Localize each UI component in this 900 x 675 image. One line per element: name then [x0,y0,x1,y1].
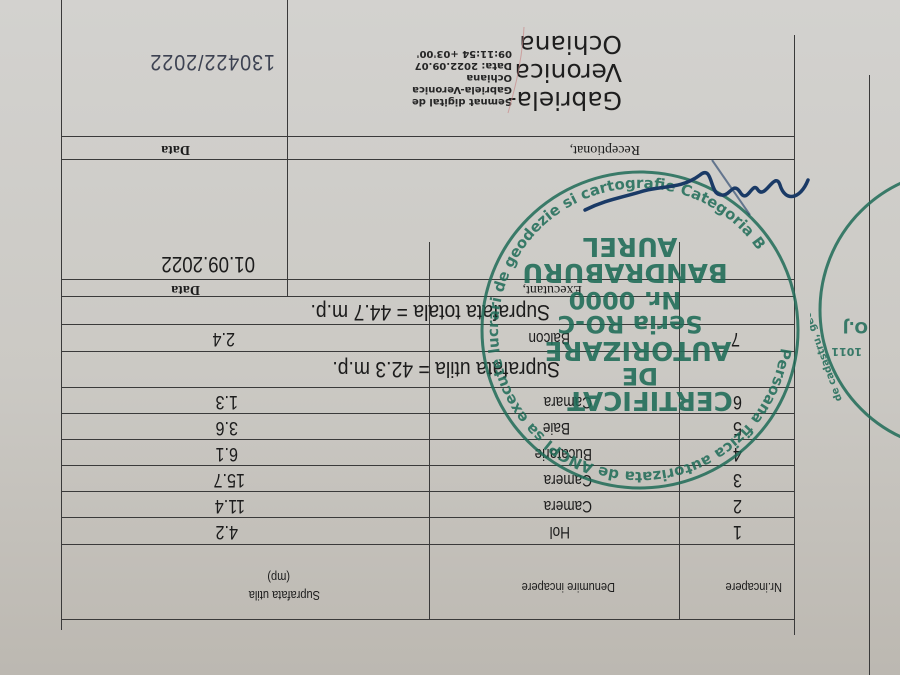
table-right-border [61,0,62,630]
room-area: 15.7 [214,468,245,490]
red-pen-mark [500,25,530,115]
signature-detail-1: Semnat digital de [372,95,512,107]
executant-label: Executant, [523,281,582,297]
room-name: Bucatarie [535,444,592,464]
row-line [62,517,795,518]
room-nr: 5 [733,416,742,438]
row-line [62,491,795,492]
room-area: 6.1 [216,442,238,464]
header-area: Suprafata utila [249,588,320,603]
column-divider-1 [679,242,680,620]
document-sheet: Nr.incapere Denumire incapere Suprafata … [0,0,900,675]
room-nr: 2 [733,494,742,516]
partial-stamp-year: 1011 [831,345,862,358]
row-line [62,279,795,280]
row-line [62,465,795,466]
row-line [62,439,795,440]
stamp-line-de: DE [622,362,658,390]
room-area: 11.4 [215,494,245,516]
signer-name-2: Veronica [515,58,622,87]
header-area-unit: (mp) [267,570,290,585]
registration-number: 130422/2022 [149,49,275,75]
balcony-area: 2.4 [213,327,235,349]
stamp-line-autorizare: AUTORIZARE [545,335,732,365]
room-nr: 4 [733,442,742,464]
signature-detail-3: Ochiana [372,71,512,83]
signature-detail-4: Data: 2022.09.07 [372,59,512,71]
row-line [62,159,795,160]
header-nr: Nr.incapere [725,580,782,595]
room-area: 3.6 [216,416,238,438]
table-left-border [794,35,795,635]
total-area: Suprafata totala = 44.7 m.p. [311,299,550,325]
room-nr: 1 [733,520,742,542]
partial-stamp-oj: O.J [843,318,868,337]
room-name: Camera [544,470,592,490]
stamp-line-nr: Nr. 0000 [569,286,682,314]
room-name: Camara [544,392,592,412]
room-area: 1.3 [216,390,238,412]
balcony-nr: 7 [731,327,740,349]
handwritten-signature [580,150,810,220]
receptionat-label: Receptionat, [570,141,640,157]
room-area: 4.2 [216,520,238,542]
signature-block-divider [287,0,288,297]
stamp-line-firstname: AUREL [583,231,678,261]
row-line [62,136,795,137]
room-name: Hol [550,522,570,542]
room-nr: 3 [733,468,742,490]
room-nr: 6 [733,390,742,412]
signature-detail-2: Gabriela-Veronica [372,83,512,95]
partial-stamp: O.J 1011 de cadastru, geodezie si cartog… [810,160,900,460]
page-border [869,75,870,675]
row-line [62,387,795,388]
partial-stamp-text: de cadastru, geodezie si cartografie [810,208,845,403]
signature-detail-5: 09:11:54 +03'00' [372,47,512,59]
row-line [62,413,795,414]
balcony-name: Balcon [528,328,570,348]
receptionat-date-label: Data [161,141,190,157]
signer-name-3: Ochiana [519,30,622,59]
room-name: Camera [544,496,592,516]
executant-date-value: 01.09.2022 [161,251,255,277]
authorization-stamp: Persoana fizica autorizata de ANCPI sa e… [470,160,810,500]
room-name: Baie [543,418,570,438]
useful-area-total: Suprafata utila = 42.3 m.p. [332,356,560,382]
executant-date-label: Data [171,281,200,297]
header-name: Denumire incapere [522,580,615,595]
row-line [62,351,795,352]
